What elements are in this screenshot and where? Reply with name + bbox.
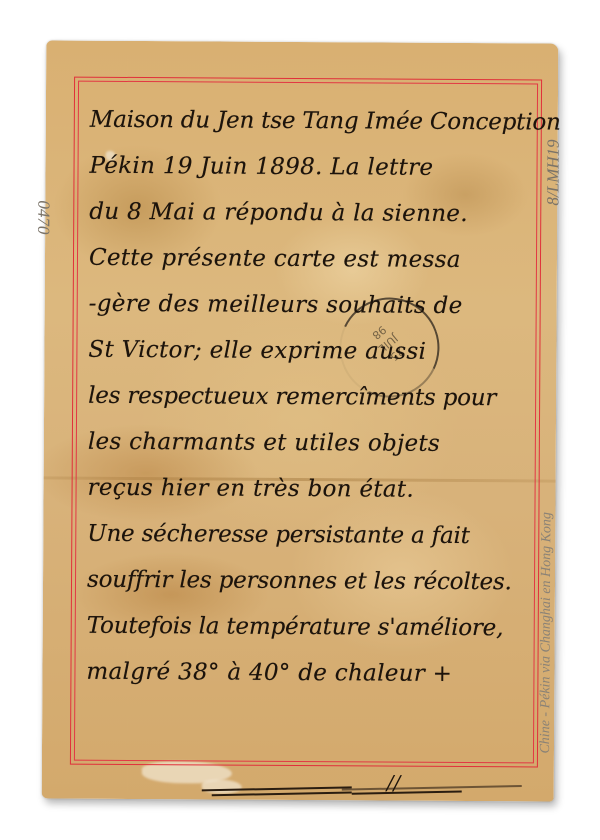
pencil-note-left: 0470 <box>33 200 53 234</box>
letter-line: Une sécheresse persistante a fait <box>87 511 557 560</box>
letter-line: Maison du Jen tse Tang Imée Conception <box>90 97 560 146</box>
letter-line: souffrir les personnes et les récoltes. <box>87 557 557 606</box>
pencil-note-catalog: 8/LMH19 <box>543 139 563 205</box>
letter-line: malgré 38° à 40° de chaleur + <box>86 649 556 698</box>
ink-stroke <box>202 786 352 791</box>
handwritten-letter: Maison du Jen tse Tang Imée Conception P… <box>86 97 560 698</box>
letter-line: Toutefois la température s'améliore, <box>87 603 557 652</box>
letter-line: -gère des meilleurs souhaits de <box>89 281 559 330</box>
letter-line: St Victor; elle exprime aussi <box>88 327 558 376</box>
letter-line: Pékin 19 Juin 1898. La lettre <box>89 143 559 192</box>
postcard: 25 JUIL 98 Maison du Jen tse Tang Imée C… <box>42 40 559 801</box>
letter-line: du 8 Mai a répondu à la sienne. <box>89 189 559 238</box>
ink-stroke <box>212 791 352 795</box>
closing-underline-strokes <box>202 781 522 803</box>
letter-line: les charmants et utiles objets <box>88 419 558 468</box>
letter-line: Cette présente carte est messa <box>89 235 559 284</box>
pencil-note-route: Chine - Pékin via Changhai en Hong Kong <box>538 512 555 754</box>
stage: 25 JUIL 98 Maison du Jen tse Tang Imée C… <box>0 0 600 840</box>
letter-line: reçus hier en très bon état. <box>87 465 557 514</box>
ink-stroke <box>342 785 522 790</box>
ink-stroke <box>352 791 462 795</box>
letter-line: les respectueux remercîments pour <box>88 373 558 422</box>
closing-mark: // <box>387 771 401 795</box>
